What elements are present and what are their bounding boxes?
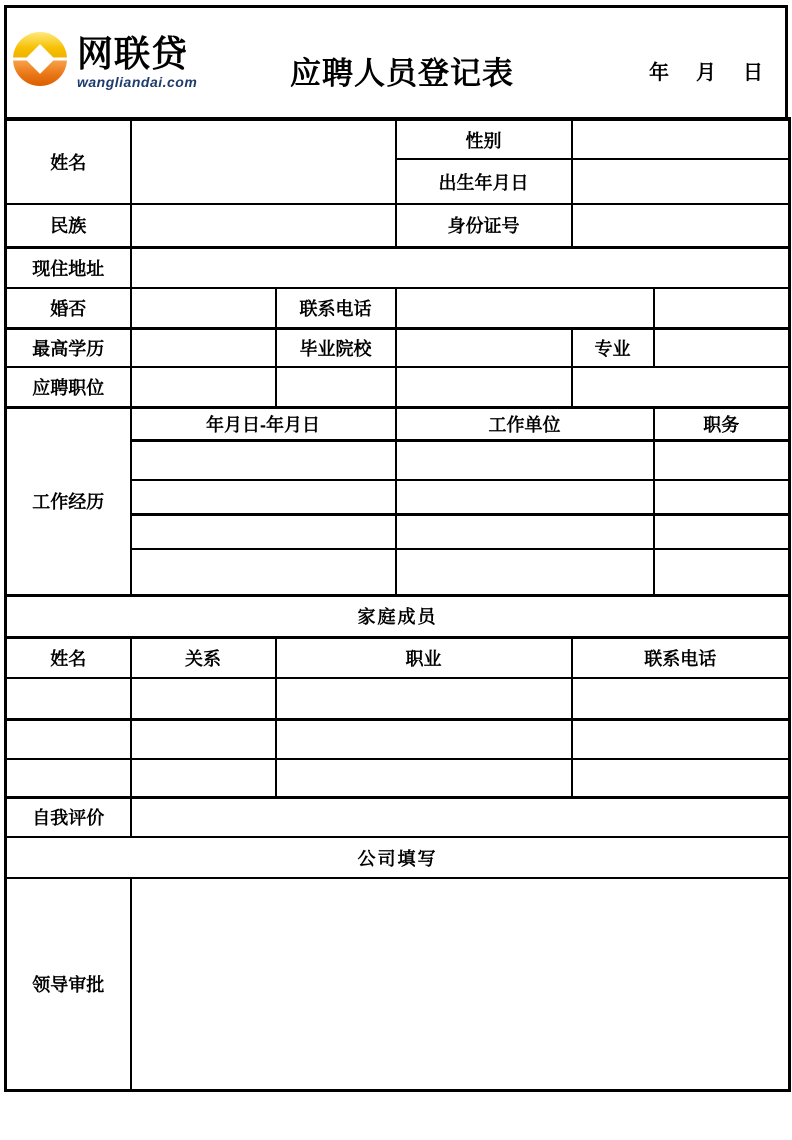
address-field[interactable]	[131, 247, 790, 288]
position-field-2[interactable]	[276, 367, 396, 407]
work-duty-cell[interactable]	[654, 440, 790, 480]
school-field[interactable]	[396, 328, 572, 367]
work-duty-cell[interactable]	[654, 549, 790, 595]
coin-icon	[13, 32, 67, 86]
marital-label: 婚否	[6, 288, 131, 328]
form-table: 姓名 性别 出生年月日 民族 身份证号 现住地址 婚否 联系电话	[4, 117, 791, 1092]
address-label: 现住地址	[6, 247, 131, 288]
phone-extra-field[interactable]	[654, 288, 790, 328]
work-col-duty: 职务	[654, 407, 790, 440]
family-name-cell[interactable]	[6, 719, 131, 759]
phone-label: 联系电话	[276, 288, 396, 328]
ethnicity-field[interactable]	[131, 204, 396, 247]
birth-date-label: 出生年月日	[396, 159, 572, 204]
name-field[interactable]	[131, 119, 396, 204]
year-label: 年	[649, 56, 669, 85]
family-name-cell[interactable]	[6, 678, 131, 719]
work-duty-cell[interactable]	[654, 514, 790, 549]
work-period-cell[interactable]	[131, 549, 396, 595]
work-period-cell[interactable]	[131, 440, 396, 480]
family-col-job: 职业	[276, 637, 572, 678]
family-row	[6, 759, 790, 797]
birth-date-field[interactable]	[572, 159, 790, 204]
gender-field[interactable]	[572, 119, 790, 159]
family-row	[6, 678, 790, 719]
day-label: 日	[743, 56, 763, 85]
brand-logo: 网联贷 wangliandai.com	[13, 32, 197, 90]
position-field-3[interactable]	[396, 367, 572, 407]
family-job-cell[interactable]	[276, 759, 572, 797]
application-form: 网联贷 wangliandai.com 应聘人员登记表 年 月 日 姓名 性别 …	[4, 5, 788, 1092]
work-duty-cell[interactable]	[654, 480, 790, 514]
work-section-label: 工作经历	[6, 407, 131, 595]
family-row	[6, 719, 790, 759]
family-job-cell[interactable]	[276, 719, 572, 759]
marital-field[interactable]	[131, 288, 276, 328]
date-line: 年 月 日	[649, 56, 763, 85]
name-label: 姓名	[6, 119, 131, 204]
work-period-cell[interactable]	[131, 480, 396, 514]
family-job-cell[interactable]	[276, 678, 572, 719]
family-col-relation: 关系	[131, 637, 276, 678]
work-col-period: 年月日-年月日	[131, 407, 396, 440]
family-col-phone: 联系电话	[572, 637, 790, 678]
self-review-label: 自我评价	[6, 797, 131, 837]
id-number-label: 身份证号	[396, 204, 572, 247]
approval-field[interactable]	[131, 878, 790, 1090]
family-phone-cell[interactable]	[572, 719, 790, 759]
family-col-name: 姓名	[6, 637, 131, 678]
brand-domain: wangliandai.com	[77, 74, 197, 90]
ethnicity-label: 民族	[6, 204, 131, 247]
education-label: 最高学历	[6, 328, 131, 367]
work-company-cell[interactable]	[396, 480, 654, 514]
family-section-title: 家庭成员	[6, 595, 790, 637]
phone-field[interactable]	[396, 288, 654, 328]
brand-text: 网联贷 wangliandai.com	[77, 32, 197, 90]
company-section-title: 公司填写	[6, 837, 790, 878]
family-phone-cell[interactable]	[572, 678, 790, 719]
school-label: 毕业院校	[276, 328, 396, 367]
work-col-company: 工作单位	[396, 407, 654, 440]
family-relation-cell[interactable]	[131, 678, 276, 719]
work-company-cell[interactable]	[396, 514, 654, 549]
page-title: 应聘人员登记表	[290, 48, 514, 93]
family-relation-cell[interactable]	[131, 719, 276, 759]
form-header: 网联贷 wangliandai.com 应聘人员登记表 年 月 日	[4, 5, 788, 117]
month-label: 月	[696, 56, 716, 85]
brand-name: 网联贷	[77, 36, 197, 72]
family-name-cell[interactable]	[6, 759, 131, 797]
major-field[interactable]	[654, 328, 790, 367]
page: { "brand": { "name": "网联贷", "domain": "w…	[0, 0, 792, 1140]
position-label: 应聘职位	[6, 367, 131, 407]
work-company-cell[interactable]	[396, 440, 654, 480]
family-phone-cell[interactable]	[572, 759, 790, 797]
work-company-cell[interactable]	[396, 549, 654, 595]
education-field[interactable]	[131, 328, 276, 367]
self-review-field[interactable]	[131, 797, 790, 837]
work-period-cell[interactable]	[131, 514, 396, 549]
approval-label: 领导审批	[6, 878, 131, 1090]
position-field-4[interactable]	[572, 367, 790, 407]
major-label: 专业	[572, 328, 654, 367]
family-relation-cell[interactable]	[131, 759, 276, 797]
position-field-1[interactable]	[131, 367, 276, 407]
gender-label: 性别	[396, 119, 572, 159]
id-number-field[interactable]	[572, 204, 790, 247]
